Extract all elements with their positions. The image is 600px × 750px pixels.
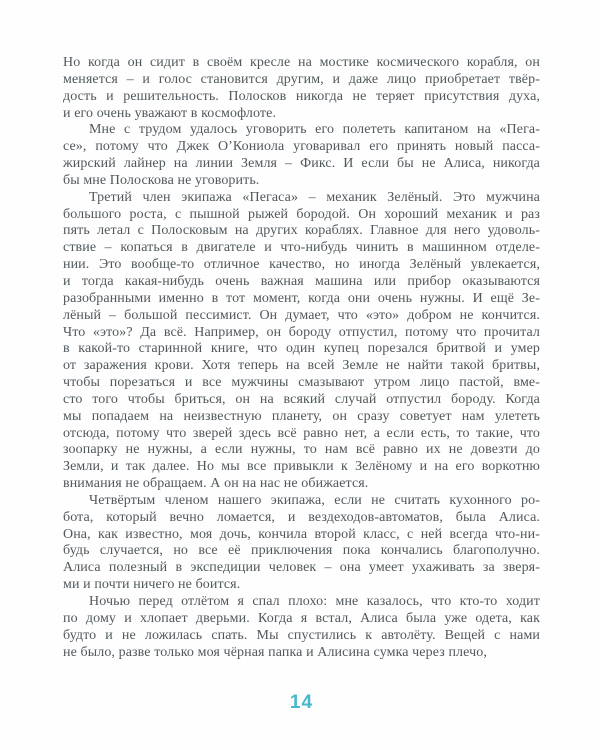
paragraph: Четвёртым членом нашего экипажа, если не… — [63, 493, 540, 594]
book-page: Но когда он сидит в своём кресле на мост… — [0, 0, 600, 750]
text-line: Земли, и так далее. Но мы все привыкли к… — [63, 459, 540, 476]
paragraph: Третий член экипажа «Пегаса» – механик З… — [63, 190, 540, 493]
text-line: ми и почти ничего не боится. — [63, 577, 540, 594]
text-line: Она, как известно, моя дочь, кончила вто… — [63, 527, 540, 544]
paragraph: Мне с трудом удалось уговорить его полет… — [63, 122, 540, 189]
text-line: и его очень уважают в космофлоте. — [63, 106, 540, 123]
text-line: зоопарку не нужны, а если нужны, то нам … — [63, 442, 540, 459]
text-line: ствие – копаться в двигателе и что-нибуд… — [63, 240, 540, 257]
text-line: Алиса полезный в экспедиции человек – он… — [63, 560, 540, 577]
page-number: 14 — [63, 692, 540, 714]
text-line: не было, разве только моя чёрная папка и… — [63, 645, 540, 662]
paragraph: Ночью перед отлётом я спал плохо: мне ка… — [63, 594, 540, 661]
text-line: в какой-то старинной книге, что один куп… — [63, 341, 540, 358]
text-line: Четвёртым членом нашего экипажа, если не… — [63, 493, 540, 510]
text-line: по дому и хлопает дверьми. Когда я встал… — [63, 611, 540, 628]
text-line: бы мне Полоскова не уговорить. — [63, 173, 540, 190]
text-line: и тогда какая-нибудь очень важная машина… — [63, 274, 540, 291]
text-line: лёный – большой пессимист. Он думает, чт… — [63, 308, 540, 325]
text-line: Третий член экипажа «Пегаса» – механик З… — [63, 190, 540, 207]
text-line: внимания не обращаем. А он на нас не оби… — [63, 476, 540, 493]
text-line: чтобы порезаться и все мужчины смазывают… — [63, 375, 540, 392]
text-line: бота, который вечно ломается, и вездеход… — [63, 510, 540, 527]
text-line: будто и не ложилась спать. Мы спустились… — [63, 628, 540, 645]
text-line: Что «это»? Да всё. Например, он бороду о… — [63, 325, 540, 342]
text-line: се», потому что Джек О’Кониола уговарива… — [63, 139, 540, 156]
paragraph: Но когда он сидит в своём кресле на мост… — [63, 55, 540, 122]
text-line: дость и решительность. Полосков никогда … — [63, 89, 540, 106]
text-line: Мне с трудом удалось уговорить его полет… — [63, 122, 540, 139]
text-line: отсюда, потому что зверей здесь всё равн… — [63, 426, 540, 443]
text-line: будь случается, но все её приключения по… — [63, 543, 540, 560]
text-line: пять летал с Полосковым на других корабл… — [63, 223, 540, 240]
text-block: Но когда он сидит в своём кресле на мост… — [63, 55, 540, 661]
text-line: нии. Это вообще-то отличное качество, но… — [63, 257, 540, 274]
text-line: Ночью перед отлётом я спал плохо: мне ка… — [63, 594, 540, 611]
text-line: Но когда он сидит в своём кресле на мост… — [63, 55, 540, 72]
text-line: жирский лайнер на линии Земля – Фикс. И … — [63, 156, 540, 173]
text-line: большого роста, с пышной рыжей бородой. … — [63, 207, 540, 224]
text-line: сто того чтобы бриться, он на всякий слу… — [63, 392, 540, 409]
text-line: мы попадаем на неизвестную планету, он с… — [63, 409, 540, 426]
text-line: от заражения крови. Хотя теперь на всей … — [63, 358, 540, 375]
text-line: меняется – и голос становится другим, и … — [63, 72, 540, 89]
text-line: разобранными именно в тот момент, когда … — [63, 291, 540, 308]
